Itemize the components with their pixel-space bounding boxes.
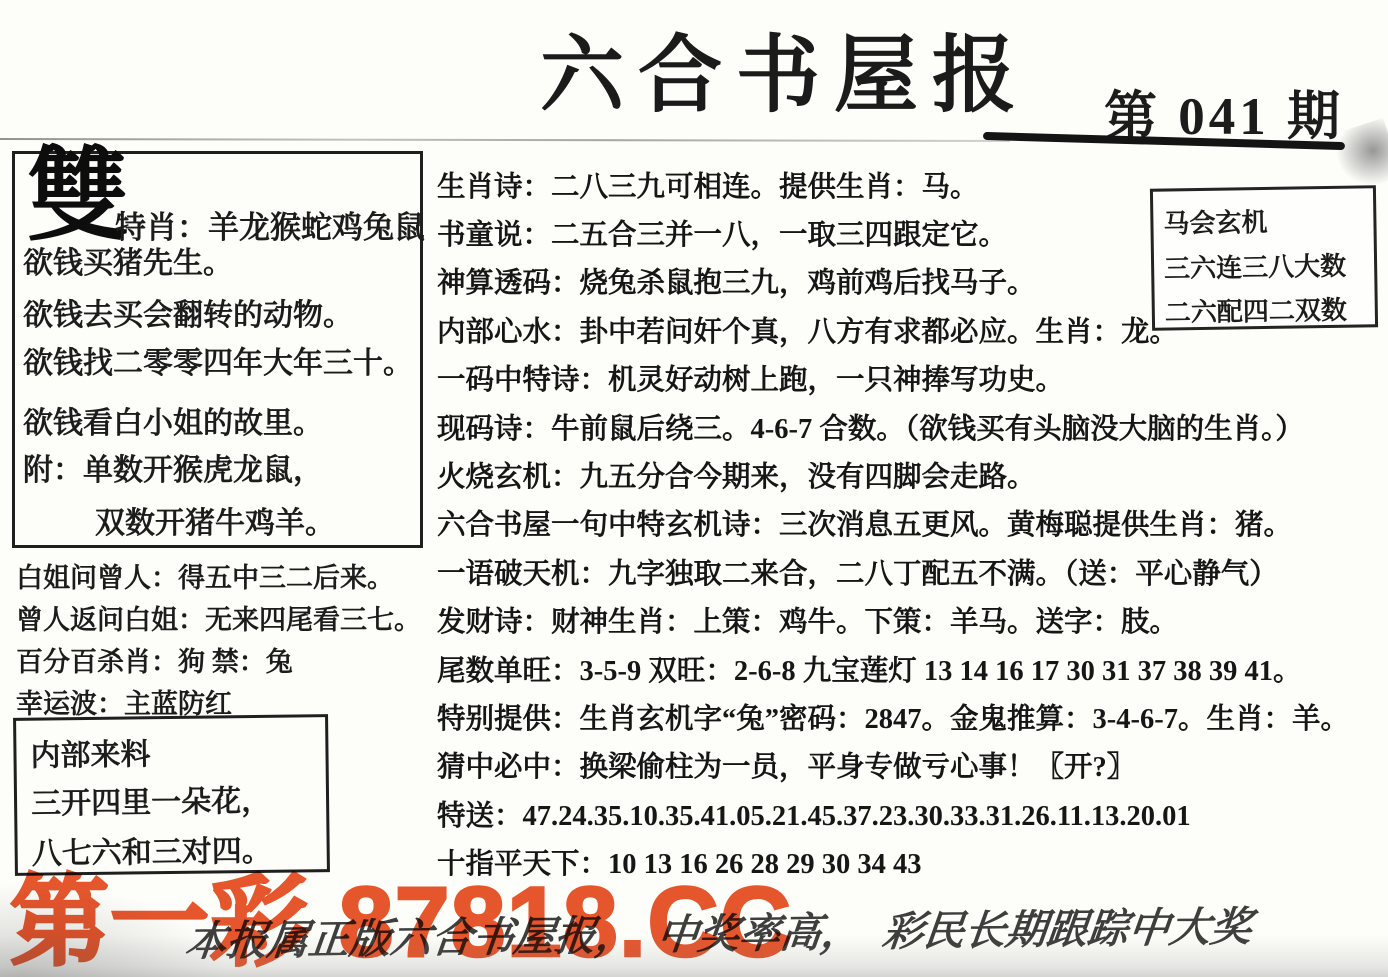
box1-line: 双数开猪牛鸡羊。 bbox=[95, 498, 335, 542]
big-char-shuang: 雙 bbox=[27, 144, 129, 251]
box1-line: 欲钱找二零零四年大年三十。 bbox=[23, 338, 413, 382]
box1-line: 欲钱买猪先生。 bbox=[23, 238, 233, 282]
newspaper-title: 六合书屋报 bbox=[540, 8, 1030, 129]
watermark-text: 第一彩 87818.CC bbox=[10, 843, 792, 977]
note-line: 白姐问曾人：得五中三二后来。 bbox=[16, 557, 421, 599]
prediction-line: 特送：47.24.35.10.35.41.05.21.45.37.23.30.3… bbox=[437, 789, 1349, 837]
note-line: 百分百杀肖：狗 禁：兔 bbox=[16, 641, 421, 683]
inside-info-title: 内部来料 bbox=[30, 729, 151, 774]
prediction-line: 发财诗：财神生肖：上策：鸡牛。下策：羊马。送字：肢。 bbox=[437, 596, 1349, 644]
prediction-column: 生肖诗：二八三九可相连。提供生肖：马。 书童说：二五合三并一八，一取三四跟定它。… bbox=[437, 160, 1349, 886]
box1-line: 欲钱看白小姐的故里。 bbox=[23, 398, 323, 442]
prediction-line: 现码诗：牛前鼠后绕三。4-6-7 合数。（欲钱买有头脑没大脑的生肖。） bbox=[437, 402, 1349, 450]
box1-line: 附：单数开猴虎龙鼠， bbox=[23, 445, 323, 489]
header-rule-thin bbox=[0, 138, 1010, 142]
prediction-line: 六合书屋一句中特玄机诗：三次消息五更风。黄梅聪提供生肖：猪。 bbox=[437, 499, 1349, 547]
prediction-line: 特别提供：生肖玄机字“兔”密码：2847。金鬼推算：3-4-6-7。生肖：羊。 bbox=[437, 692, 1349, 740]
left-notes: 白姐问曾人：得五中三二后来。 曾人返问白姐：无来四尾看三七。 百分百杀肖：狗 禁… bbox=[16, 557, 421, 725]
newspaper-page: 六合书屋报 第 041 期 雙 特肖：羊龙猴蛇鸡兔鼠 欲钱买猪先生。 欲钱去买会… bbox=[0, 0, 1388, 977]
prediction-line: 生肖诗：二八三九可相连。提供生肖：马。 bbox=[437, 160, 1349, 208]
prediction-line: 一码中特诗：机灵好动树上跑，一只神捧写功史。 bbox=[437, 354, 1349, 402]
prediction-line: 猜中必中：换梁偷柱为一员，平身专做亏心事！〖开?〗 bbox=[437, 741, 1349, 789]
note-line: 曾人返问白姐：无来四尾看三七。 bbox=[16, 599, 421, 641]
prediction-line: 火烧玄机：九五分合今期来，没有四脚会走路。 bbox=[437, 450, 1349, 498]
prediction-line: 内部心水：卦中若问奸个真，八方有求都必应。生肖：龙。 bbox=[437, 305, 1349, 353]
inside-info-line: 三开四里一朵花， bbox=[31, 776, 272, 823]
prediction-line: 一语破天机：九字独取二来合，二八丁配五不满。（送：平心静气） bbox=[437, 547, 1349, 595]
prediction-line: 神算透码：烧兔杀鼠抱三九，鸡前鸡后找马子。 bbox=[437, 257, 1349, 305]
special-zodiac-box: 雙 特肖：羊龙猴蛇鸡兔鼠 欲钱买猪先生。 欲钱去买会翻转的动物。 欲钱找二零零四… bbox=[12, 151, 423, 548]
box1-line: 欲钱去买会翻转的动物。 bbox=[23, 290, 353, 334]
prediction-line: 书童说：二五合三并一八，一取三四跟定它。 bbox=[437, 208, 1349, 256]
prediction-line: 尾数单旺：3-5-9 双旺：2-6-8 九宝莲灯 13 14 16 17 30 … bbox=[437, 644, 1349, 692]
